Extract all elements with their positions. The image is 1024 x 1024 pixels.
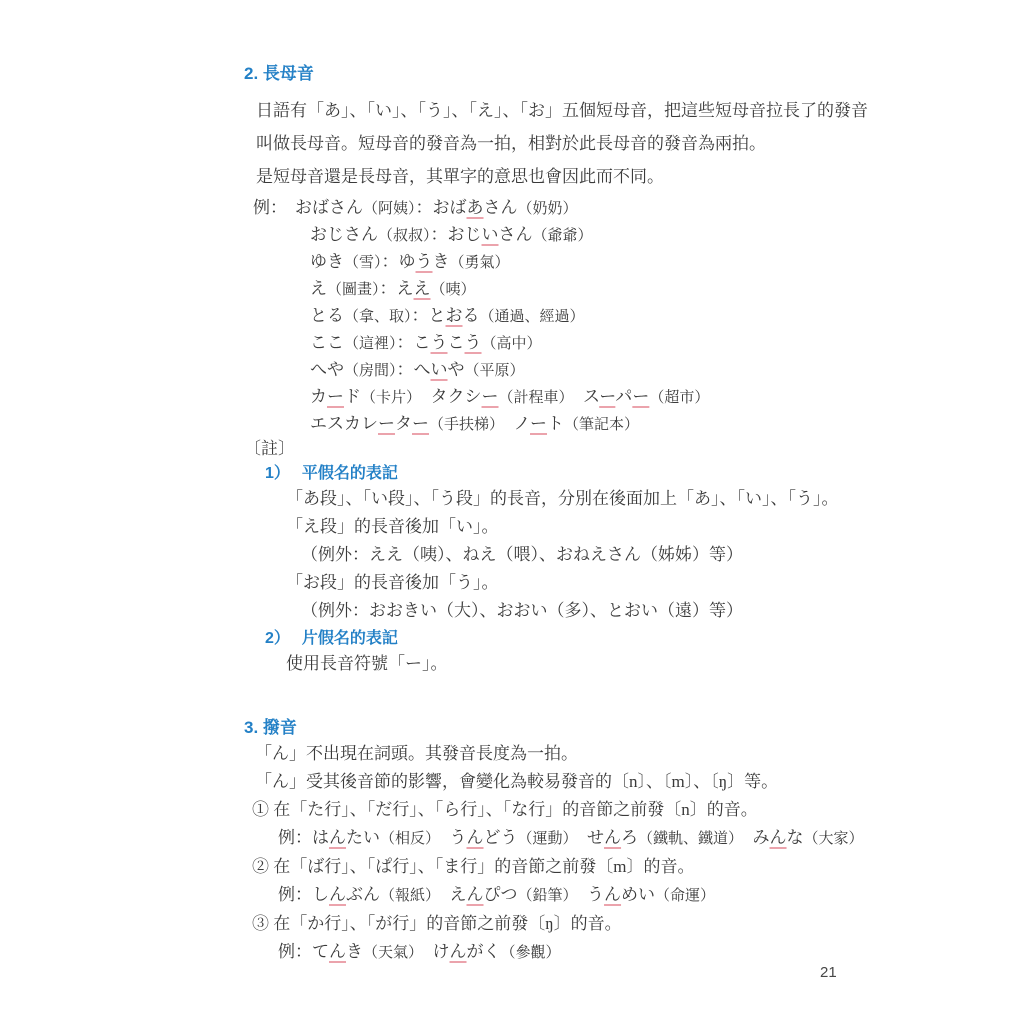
example-line: 例：てんき（天氣） けんがく（參觀） — [278, 938, 864, 967]
gloss-text: （鐵軌、鐵道） — [638, 831, 736, 847]
example-line: カード（卡片） タクシー（計程車） スーパー（超市） — [253, 384, 864, 411]
text-segment: う — [587, 885, 604, 904]
page-number: 21 — [820, 964, 837, 981]
text-segment: 例： — [278, 885, 312, 904]
text-segment: おじ — [448, 225, 482, 244]
note-exception-line: （例外：ええ（咦）、ねえ（喂）、おねえさん（姊姊）等） — [301, 541, 864, 569]
long-sound-underline: う — [465, 333, 482, 352]
example-line: ここ（這裡）：こうこう（高中） — [253, 330, 864, 357]
paragraph-line: 日語有「あ」、「い」、「う」、「え」、「お」五個短母音，把這些短母音拉長了的發音 — [256, 94, 864, 127]
subheading-number: 2） — [265, 630, 290, 647]
text-segment: おばさん — [295, 198, 363, 217]
long-sound-underline: え — [414, 279, 431, 298]
text-segment: ト — [547, 414, 564, 433]
long-sound-underline: ー — [599, 387, 615, 406]
text-segment: とる — [310, 306, 344, 325]
text-segment: パ — [615, 387, 632, 406]
subheading-text: 片假名的表記 — [302, 630, 398, 647]
long-sound-underline: ん — [450, 942, 467, 961]
long-sound-underline: ん — [467, 828, 484, 847]
text-segment: と — [429, 306, 446, 325]
text-segment: ： — [431, 225, 448, 244]
gloss-text: （阿姨） — [363, 201, 416, 217]
text-segment: さん — [499, 225, 533, 244]
gloss-text: （相反） — [380, 831, 433, 847]
example-line: え（圖畫）：ええ（咦） — [253, 276, 864, 303]
gloss-text: （爺爺） — [533, 228, 593, 244]
subheading-text: 平假名的表記 — [302, 465, 398, 482]
text-segment — [416, 942, 433, 961]
text-segment — [570, 885, 587, 904]
gloss-text: （通過、經過） — [480, 309, 585, 325]
text-segment: や — [448, 360, 465, 379]
long-sound-underline: ん — [467, 885, 484, 904]
text-segment: き — [346, 942, 363, 961]
text-segment: どう — [484, 828, 518, 847]
paragraph-line: 是短母音還是長母音，其單字的意思也會因此而不同。 — [256, 160, 864, 193]
text-segment: ド — [344, 387, 361, 406]
text-segment: み — [753, 828, 770, 847]
long-sound-underline: ー — [378, 414, 395, 433]
text-segment: おじさん — [310, 225, 378, 244]
gloss-text: （奶奶） — [518, 201, 578, 217]
text-segment: 例： — [278, 828, 312, 847]
paragraph-line: 叫做長母音。短母音的發音為一拍，相對於此長母音的發音為兩拍。 — [256, 127, 864, 160]
gloss-text: （運動） — [518, 831, 571, 847]
long-sound-underline: ん — [770, 828, 787, 847]
long-sound-underline: ー — [482, 387, 499, 406]
text-segment — [433, 885, 450, 904]
subheading-hiragana-notation: 1）平假名的表記 — [265, 463, 864, 485]
page-content: 2. 長母音 日語有「あ」、「い」、「う」、「え」、「お」五個短母音，把這些短母… — [244, 62, 864, 967]
gloss-text: （高中） — [482, 336, 542, 352]
text-segment: は — [312, 828, 329, 847]
numbered-rule-line: ① 在「た行」、「だ行」、「ら行」、「な行」的音節之前發〔n〕的音。 — [252, 796, 864, 824]
example-label: 例： — [253, 195, 295, 221]
text-segment: ノ — [514, 414, 531, 433]
long-sound-underline: ー — [327, 387, 344, 406]
text-segment: え — [397, 279, 414, 298]
long-vowel-intro-paragraph: 日語有「あ」、「い」、「う」、「え」、「お」五個短母音，把這些短母音拉長了的發音… — [256, 94, 864, 160]
gloss-text: （勇氣） — [450, 255, 510, 271]
numbered-rule-line: ② 在「ば行」、「ぱ行」、「ま行」的音節之前發〔m〕的音。 — [252, 853, 864, 881]
long-sound-underline: う — [416, 252, 433, 271]
text-segment — [570, 828, 587, 847]
note-exception-line: （例外：おおきい（大）、おおい（多）、とおい（遠）等） — [301, 597, 864, 625]
text-segment: ゆき — [310, 252, 344, 271]
gloss-text: （參觀） — [501, 945, 561, 961]
text-segment: エスカレ — [310, 414, 378, 433]
text-segment: タクシ — [431, 387, 482, 406]
subheading-number: 1） — [265, 465, 290, 482]
gloss-text: （圖畫） — [327, 282, 380, 298]
long-sound-underline: ー — [632, 387, 649, 406]
text-segment: ぶん — [346, 885, 380, 904]
gloss-text: （手扶梯） — [429, 417, 497, 433]
text-segment: ： — [382, 252, 399, 271]
text-segment: な — [787, 828, 804, 847]
text-segment: ： — [397, 360, 414, 379]
long-sound-underline: あ — [467, 198, 484, 217]
long-vowel-example-list: 例：おばさん（阿姨）：おばあさん（奶奶） おじさん（叔叔）：おじいさん（爺爺） … — [253, 195, 864, 438]
gloss-text: （房間） — [344, 363, 397, 379]
text-segment: へや — [310, 360, 344, 379]
long-sound-underline: ん — [329, 828, 346, 847]
gloss-text: （叔叔） — [378, 228, 431, 244]
example-line: とる（拿、取）：とおる（通過、經過） — [253, 303, 864, 330]
text-segment: ス — [583, 387, 599, 406]
gloss-text: （天氣） — [363, 945, 416, 961]
long-sound-underline: い — [482, 225, 499, 244]
text-segment — [566, 387, 583, 406]
note-line: 「え段」的長音後加「い」。 — [286, 513, 864, 541]
text-segment: さん — [484, 198, 518, 217]
text-segment: け — [433, 942, 450, 961]
text-segment — [433, 828, 450, 847]
example-line: ゆき（雪）：ゆうき（勇氣） — [253, 249, 864, 276]
note-label: 〔註〕 — [244, 438, 864, 460]
text-segment: こ — [414, 333, 431, 352]
text-segment: タ — [395, 414, 412, 433]
text-segment: こ — [448, 333, 465, 352]
gloss-text: （大家） — [804, 831, 864, 847]
text-segment — [736, 828, 753, 847]
example-line: 例：しんぶん（報紙） えんぴつ（鉛筆） うんめい（命運） — [278, 881, 864, 910]
long-sound-underline: ん — [329, 942, 346, 961]
long-sound-underline: お — [446, 306, 463, 325]
text-segment — [497, 414, 514, 433]
gloss-text: （鉛筆） — [518, 888, 571, 904]
text-segment: ： — [380, 279, 397, 298]
text-segment: ： — [416, 198, 433, 217]
text-segment: き — [433, 252, 450, 271]
paragraph-line: 「ん」受其後音節的影響，會變化為較易發音的〔n〕、〔m〕、〔ŋ〕等。 — [255, 768, 864, 796]
gloss-text: （卡片） — [361, 390, 414, 406]
gloss-text: （平原） — [465, 363, 525, 379]
text-segment: ここ — [310, 333, 344, 352]
long-sound-underline: ん — [329, 885, 346, 904]
text-segment: へ — [414, 360, 431, 379]
note-line: 「お段」的長音後加「う」。 — [286, 569, 864, 597]
text-segment: し — [312, 885, 329, 904]
long-sound-underline: ー — [530, 414, 547, 433]
text-segment: ： — [412, 306, 429, 325]
text-segment: 例： — [278, 942, 312, 961]
text-segment: カ — [310, 387, 327, 406]
text-segment: たい — [346, 828, 380, 847]
long-sound-underline: ん — [604, 828, 621, 847]
long-sound-underline: う — [431, 333, 448, 352]
section-hatsuon: 3. 撥音 「ん」不出現在詞頭。其發音長度為一拍。 「ん」受其後音節的影響，會變… — [244, 716, 864, 967]
gloss-text: （筆記本） — [564, 417, 639, 433]
long-sound-underline: い — [431, 360, 448, 379]
numbered-rule-line: ③ 在「か行」、「が行」的音節之前發〔ŋ〕的音。 — [252, 910, 864, 938]
gloss-text: （拿、取） — [344, 309, 412, 325]
text-segment: がく — [467, 942, 501, 961]
example-text: おばさん（阿姨）：おばあさん（奶奶） — [295, 198, 578, 217]
text-segment: て — [312, 942, 329, 961]
gloss-text: （咦） — [431, 282, 476, 298]
long-sound-underline: ー — [412, 414, 429, 433]
paragraph-line: 「ん」不出現在詞頭。其發音長度為一拍。 — [255, 740, 864, 768]
example-line: 例：おばさん（阿姨）：おばあさん（奶奶） — [253, 195, 864, 222]
text-segment — [414, 387, 431, 406]
note-line: 使用長音符號「ー」。 — [286, 650, 864, 678]
text-segment: ぴつ — [484, 885, 518, 904]
text-segment: え — [310, 279, 327, 298]
example-line: エスカレーター（手扶梯） ノート（筆記本） — [253, 411, 864, 438]
text-segment: ゆ — [399, 252, 416, 271]
text-segment: え — [450, 885, 467, 904]
gloss-text: （報紙） — [380, 888, 433, 904]
gloss-text: （雪） — [344, 255, 382, 271]
note-line: 「あ段」、「い段」、「う段」的長音，分別在後面加上「あ」、「い」、「う」。 — [286, 485, 864, 513]
long-sound-underline: ん — [604, 885, 621, 904]
example-line: 例：はんたい（相反） うんどう（運動） せんろ（鐵軌、鐵道） みんな（大家） — [278, 824, 864, 853]
text-segment: る — [463, 306, 480, 325]
section-heading-long-vowel: 2. 長母音 — [244, 62, 864, 86]
textbook-page: 2. 長母音 日語有「あ」、「い」、「う」、「え」、「お」五個短母音，把這些短母… — [0, 0, 1024, 1024]
text-segment: ： — [397, 333, 414, 352]
gloss-text: （命運） — [655, 888, 715, 904]
section-heading-hatsuon: 3. 撥音 — [244, 716, 864, 740]
gloss-text: （計程車） — [499, 390, 567, 406]
example-line: へや（房間）：へいや（平原） — [253, 357, 864, 384]
gloss-text: （超市） — [649, 390, 709, 406]
text-segment: う — [450, 828, 467, 847]
text-segment: おば — [433, 198, 467, 217]
text-segment: めい — [621, 885, 655, 904]
gloss-text: （這裡） — [344, 336, 397, 352]
subheading-katakana-notation: 2）片假名的表記 — [265, 628, 864, 650]
example-line: おじさん（叔叔）：おじいさん（爺爺） — [253, 222, 864, 249]
text-segment: ろ — [621, 828, 638, 847]
text-segment: せ — [587, 828, 604, 847]
